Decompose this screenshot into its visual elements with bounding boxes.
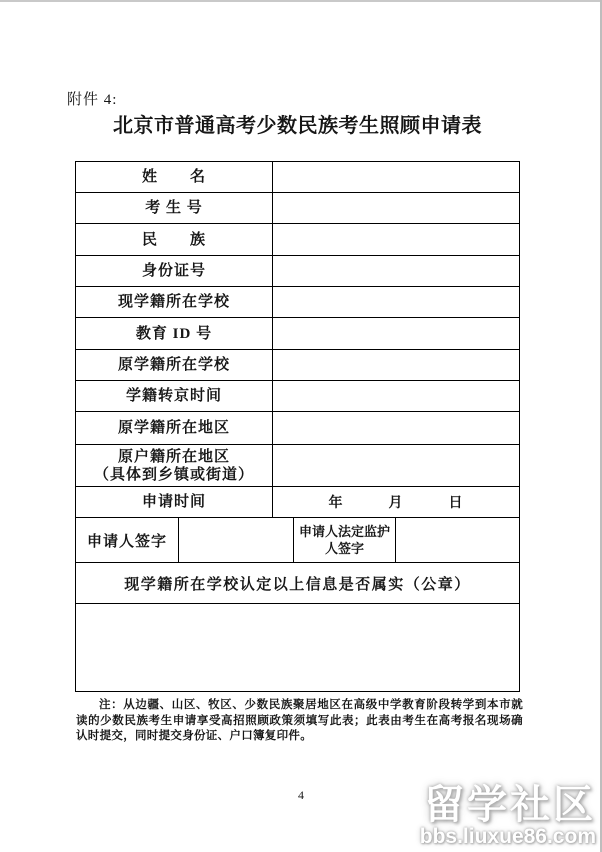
- table-row-stamp-area: [76, 604, 519, 691]
- row-label: 原学籍所在学校: [76, 350, 273, 380]
- row-label: 姓 名: [76, 162, 273, 192]
- page-top-edge: [0, 0, 602, 2]
- watermark: 留学社区 bbs.liuxue86.com: [420, 785, 596, 847]
- school-verification-label: 现学籍所在学校认定以上信息是否属实（公章）: [76, 563, 519, 603]
- row-label: 申请时间: [76, 487, 273, 517]
- watermark-site-name: 留学社区: [420, 785, 596, 825]
- row-label: 教育 ID 号: [76, 318, 273, 349]
- row-value-cell: [273, 445, 519, 486]
- attachment-label: 附件 4:: [67, 88, 117, 109]
- table-row-signatures: 申请人签字 申请人法定监护 人签字: [76, 518, 519, 563]
- footnote: 注：从边疆、山区、牧区、少数民族聚居地区在高级中学教育阶段转学到本市就读的少数民…: [76, 698, 523, 745]
- row-value-cell: [273, 256, 519, 286]
- row-value-cell: [273, 381, 519, 411]
- watermark-site-url: bbs.liuxue86.com: [420, 826, 596, 847]
- row-value-cell: [273, 162, 519, 192]
- row-value-cell: [273, 412, 519, 444]
- scanned-form-page: { "page": { "attachment_label": "附件 4:",…: [0, 0, 602, 852]
- row-label: 身份证号: [76, 256, 273, 286]
- table-row-school-verification: 现学籍所在学校认定以上信息是否属实（公章）: [76, 563, 519, 604]
- row-label: 原户籍所在地区 （具体到乡镇或街道）: [76, 445, 273, 486]
- row-label: 学籍转京时间: [76, 381, 273, 411]
- table-row-original-region: 原学籍所在地区: [76, 412, 519, 445]
- row-label: 考 生 号: [76, 193, 273, 223]
- date-placeholder: 年 月 日: [273, 487, 519, 517]
- table-row-original-school: 原学籍所在学校: [76, 350, 519, 381]
- table-row-transfer-time: 学籍转京时间: [76, 381, 519, 412]
- table-row-education-id: 教育 ID 号: [76, 318, 519, 350]
- table-row-candidate-number: 考 生 号: [76, 193, 519, 224]
- applicant-signature-label: 申请人签字: [76, 518, 179, 562]
- guardian-signature-cell: [396, 518, 519, 562]
- guardian-signature-label: 申请人法定监护 人签字: [294, 518, 396, 562]
- table-row-household-region: 原户籍所在地区 （具体到乡镇或街道）: [76, 445, 519, 487]
- table-row-ethnicity: 民 族: [76, 224, 519, 256]
- row-label: 现学籍所在学校: [76, 287, 273, 317]
- application-form-table: 姓 名 考 生 号 民 族 身份证号 现学籍所在学校 教育 ID 号 原学籍所在…: [75, 161, 520, 692]
- page-title: 北京市普通高考少数民族考生照顾申请表: [75, 109, 520, 138]
- row-value-cell: [273, 287, 519, 317]
- table-row-application-date: 申请时间 年 月 日: [76, 487, 519, 518]
- row-value-cell: [273, 318, 519, 349]
- table-row-current-school: 现学籍所在学校: [76, 287, 519, 318]
- table-row-id-number: 身份证号: [76, 256, 519, 287]
- table-row-name: 姓 名: [76, 162, 519, 193]
- row-value-cell: [273, 350, 519, 380]
- row-value-cell: [273, 193, 519, 223]
- row-label: 民 族: [76, 224, 273, 255]
- applicant-signature-cell: [179, 518, 294, 562]
- stamp-blank-area: [76, 604, 519, 691]
- row-value-cell: [273, 224, 519, 255]
- row-label: 原学籍所在地区: [76, 412, 273, 444]
